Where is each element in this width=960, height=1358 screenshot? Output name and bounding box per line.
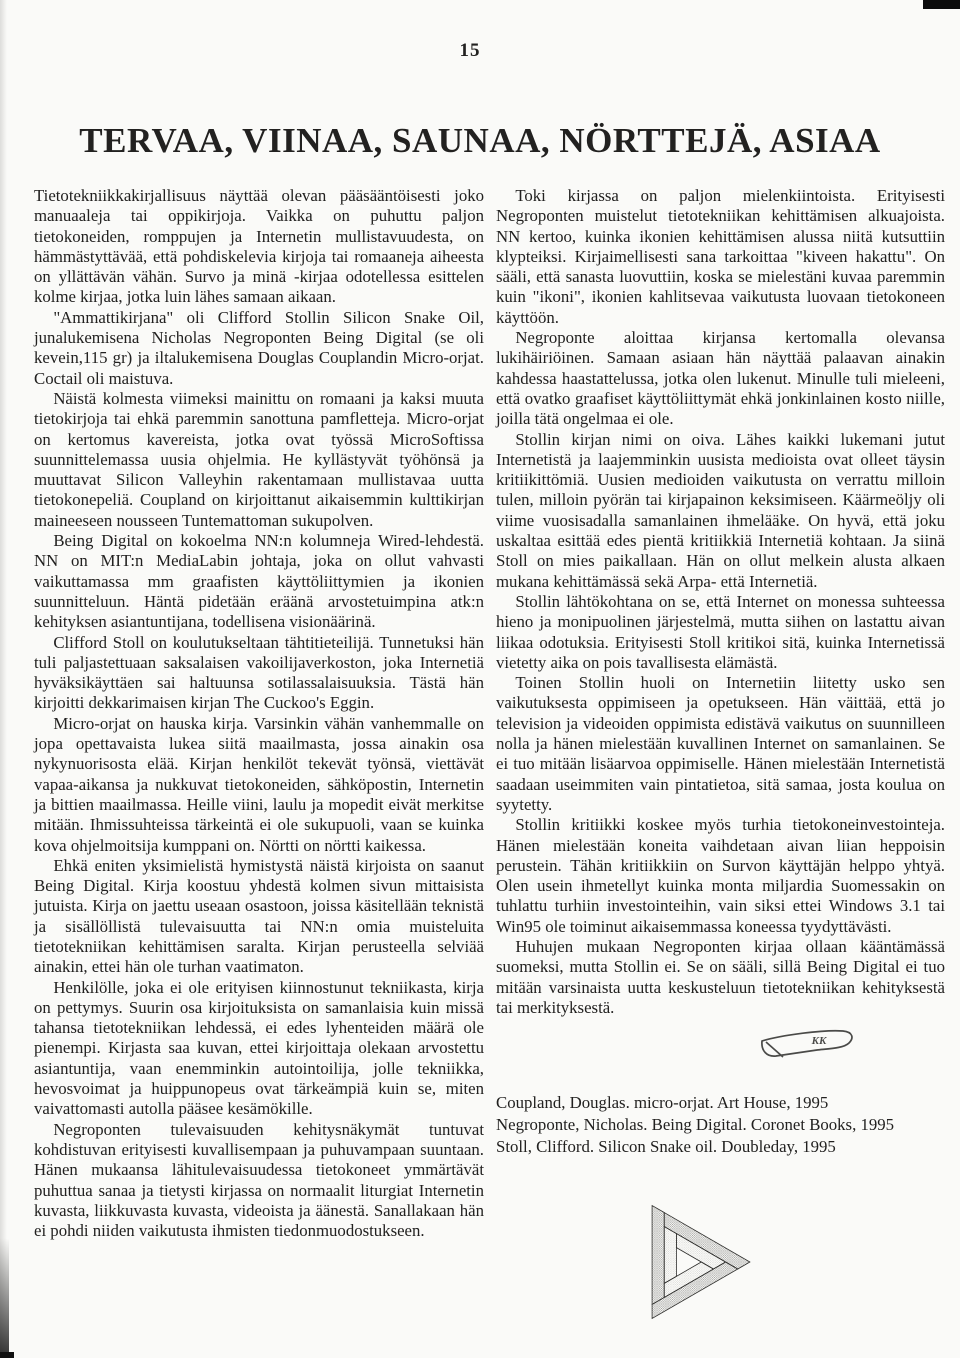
paragraph: Ehkä eniten yksimielistä hymistystä näis…: [34, 856, 484, 978]
page-title: TERVAA, VIINAA, SAUNAA, NÖRTTEJÄ, ASIAA: [0, 121, 960, 161]
paragraph: "Ammattikirjana" oli Clifford Stollin Si…: [34, 308, 484, 389]
signature-initials: KK: [811, 1035, 827, 1047]
paragraph: Stollin kritiikki koskee myös turhia tie…: [496, 815, 945, 937]
page-number: 15: [0, 40, 940, 62]
paragraph: Henkilölle, joka ei ole erityisen kiinno…: [34, 978, 484, 1120]
paragraph: Näistä kolmesta viimeksi mainittu on rom…: [34, 389, 484, 531]
reference-entry: Stoll, Clifford. Silicon Snake oil. Doub…: [496, 1136, 945, 1158]
scan-edge-shadow: [0, 0, 7, 1358]
paragraph: Stollin kirjan nimi on oiva. Lähes kaikk…: [496, 430, 945, 592]
paragraph: Toki kirjassa on paljon mielenkiintoista…: [496, 186, 945, 328]
paragraph: Being Digital on kokoelma NN:n kolumneja…: [34, 531, 484, 632]
left-column: Tietotekniikkakirjallisuus näyttää oleva…: [34, 186, 484, 1241]
scan-artifact-bottom-left: [0, 1238, 9, 1358]
paragraph: Micro-orjat on hauska kirja. Varsinkin v…: [34, 714, 484, 856]
scan-artifact-corner: [0, 1352, 14, 1358]
reference-entry: Coupland, Douglas. micro-orjat. Art Hous…: [496, 1092, 945, 1114]
penrose-triangle-icon: [646, 1200, 756, 1324]
paragraph: Toinen Stollin huoli on Internetiin liit…: [496, 673, 945, 815]
paragraph: Clifford Stoll on koulutukseltaan tähtit…: [34, 633, 484, 714]
paragraph: Negroponte aloittaa kirjansa kertomalla …: [496, 328, 945, 429]
author-signature: KK: [496, 1026, 853, 1066]
bibliography: Coupland, Douglas. micro-orjat. Art Hous…: [496, 1092, 945, 1157]
paragraph: Huhujen mukaan Negroponten kirjaa ollaan…: [496, 937, 945, 1018]
scanned-page: { "page": { "number": "15", "title": "TE…: [0, 0, 960, 1358]
penrose-triangle-graphic: [646, 1200, 756, 1324]
signature-mark-icon: KK: [753, 1026, 853, 1064]
scan-artifact-top-right: [923, 0, 960, 9]
paragraph: Tietotekniikkakirjallisuus näyttää oleva…: [34, 186, 484, 308]
right-column: Toki kirjassa on paljon mielenkiintoista…: [496, 186, 945, 1324]
paragraph: Stollin lähtökohtana on se, että Interne…: [496, 592, 945, 673]
reference-entry: Negroponte, Nicholas. Being Digital. Cor…: [496, 1114, 945, 1136]
paragraph: Negroponten tulevaisuuden kehitysnäkymät…: [34, 1120, 484, 1242]
